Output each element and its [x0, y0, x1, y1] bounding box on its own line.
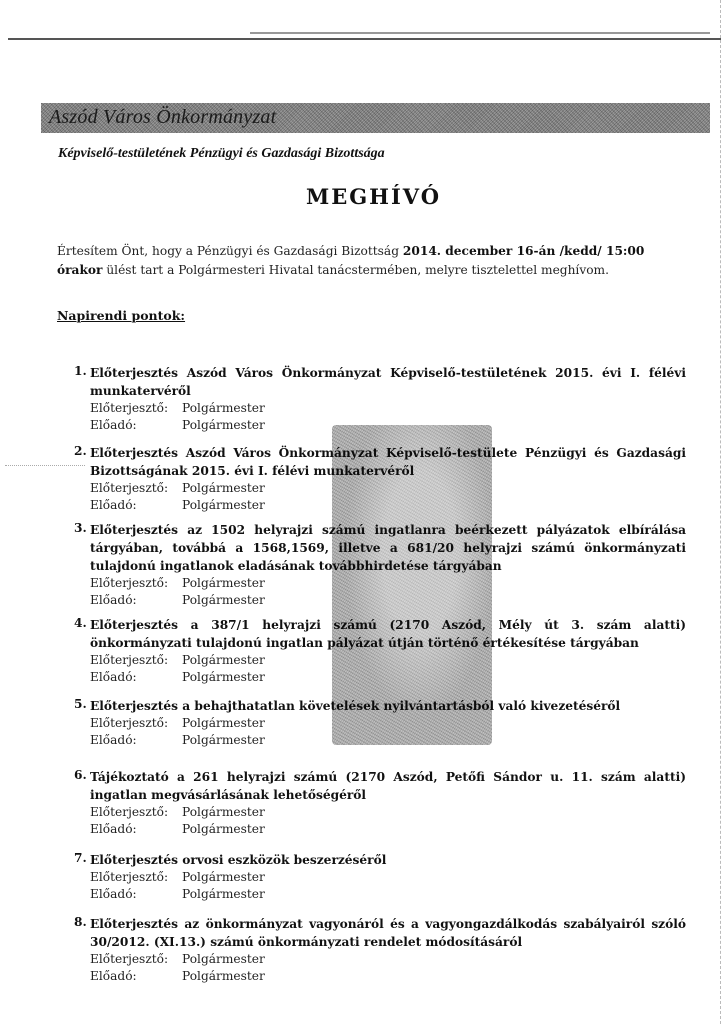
official-stamp [332, 425, 492, 745]
item-title: Előterjesztés Aszód Város Önkormányzat K… [90, 364, 686, 400]
presenter-value: Polgármester [182, 480, 265, 497]
speaker-value: Polgármester [182, 732, 265, 749]
presenter-row: Előterjesztő:Polgármester [90, 951, 686, 968]
item-title: Tájékoztató a 261 helyrajzi számú (2170 … [90, 768, 686, 804]
organization-banner: Aszód Város Önkormányzat [41, 103, 710, 133]
scan-artifact-top [250, 32, 710, 34]
item-number: 2. [74, 444, 87, 458]
speaker-row: Előadó:Polgármester [90, 886, 686, 903]
agenda-item: 1. Előterjesztés Aszód Város Önkormányza… [74, 364, 686, 434]
scan-artifact-left [5, 465, 85, 466]
item-number: 7. [74, 851, 87, 865]
speaker-label: Előadó: [90, 821, 182, 838]
item-title: Előterjesztés az önkormányzat vagyonáról… [90, 915, 686, 951]
presenter-label: Előterjesztő: [90, 951, 182, 968]
item-number: 3. [74, 521, 87, 535]
presenter-label: Előterjesztő: [90, 575, 182, 592]
item-title: Előterjesztés orvosi eszközök beszerzésé… [90, 851, 686, 869]
item-number: 6. [74, 768, 87, 782]
speaker-row: Előadó:Polgármester [90, 821, 686, 838]
agenda-item: 8. Előterjesztés az önkormányzat vagyoná… [74, 915, 686, 985]
speaker-label: Előadó: [90, 732, 182, 749]
speaker-value: Polgármester [182, 497, 265, 514]
document-title: MEGHÍVÓ [0, 184, 725, 209]
speaker-label: Előadó: [90, 497, 182, 514]
presenter-value: Polgármester [182, 575, 265, 592]
presenter-label: Előterjesztő: [90, 715, 182, 732]
presenter-value: Polgármester [182, 652, 265, 669]
presenter-label: Előterjesztő: [90, 652, 182, 669]
presenter-row: Előterjesztő:Polgármester [90, 400, 686, 417]
scan-edge-top [8, 38, 721, 40]
presenter-label: Előterjesztő: [90, 480, 182, 497]
organization-name: Aszód Város Önkormányzat [49, 106, 276, 129]
speaker-label: Előadó: [90, 669, 182, 686]
committee-name: Képviselő-testületének Pénzügyi és Gazda… [58, 146, 385, 162]
invitation-text: Értesítem Önt, hogy a Pénzügyi és Gazdas… [57, 242, 687, 280]
speaker-label: Előadó: [90, 592, 182, 609]
speaker-value: Polgármester [182, 592, 265, 609]
speaker-row: Előadó:Polgármester [90, 968, 686, 985]
presenter-value: Polgármester [182, 951, 265, 968]
presenter-row: Előterjesztő:Polgármester [90, 869, 686, 886]
scan-edge-right [719, 0, 721, 1024]
presenter-value: Polgármester [182, 715, 265, 732]
speaker-value: Polgármester [182, 821, 265, 838]
speaker-value: Polgármester [182, 886, 265, 903]
presenter-value: Polgármester [182, 804, 265, 821]
speaker-label: Előadó: [90, 968, 182, 985]
presenter-label: Előterjesztő: [90, 869, 182, 886]
presenter-value: Polgármester [182, 400, 265, 417]
agenda-item: 6. Tájékoztató a 261 helyrajzi számú (21… [74, 768, 686, 838]
intro-part1: Értesítem Önt, hogy a Pénzügyi és Gazdas… [57, 244, 403, 258]
presenter-row: Előterjesztő:Polgármester [90, 804, 686, 821]
speaker-value: Polgármester [182, 968, 265, 985]
agenda-heading: Napirendi pontok: [57, 308, 185, 323]
speaker-value: Polgármester [182, 417, 265, 434]
item-number: 4. [74, 616, 87, 630]
item-number: 5. [74, 697, 87, 711]
item-number: 1. [74, 364, 87, 378]
presenter-label: Előterjesztő: [90, 400, 182, 417]
speaker-label: Előadó: [90, 417, 182, 434]
speaker-label: Előadó: [90, 886, 182, 903]
presenter-label: Előterjesztő: [90, 804, 182, 821]
speaker-value: Polgármester [182, 669, 265, 686]
agenda-item: 7. Előterjesztés orvosi eszközök beszerz… [74, 851, 686, 903]
item-number: 8. [74, 915, 87, 929]
intro-part2: ülést tart a Polgármesteri Hivatal tanác… [102, 263, 609, 277]
presenter-value: Polgármester [182, 869, 265, 886]
